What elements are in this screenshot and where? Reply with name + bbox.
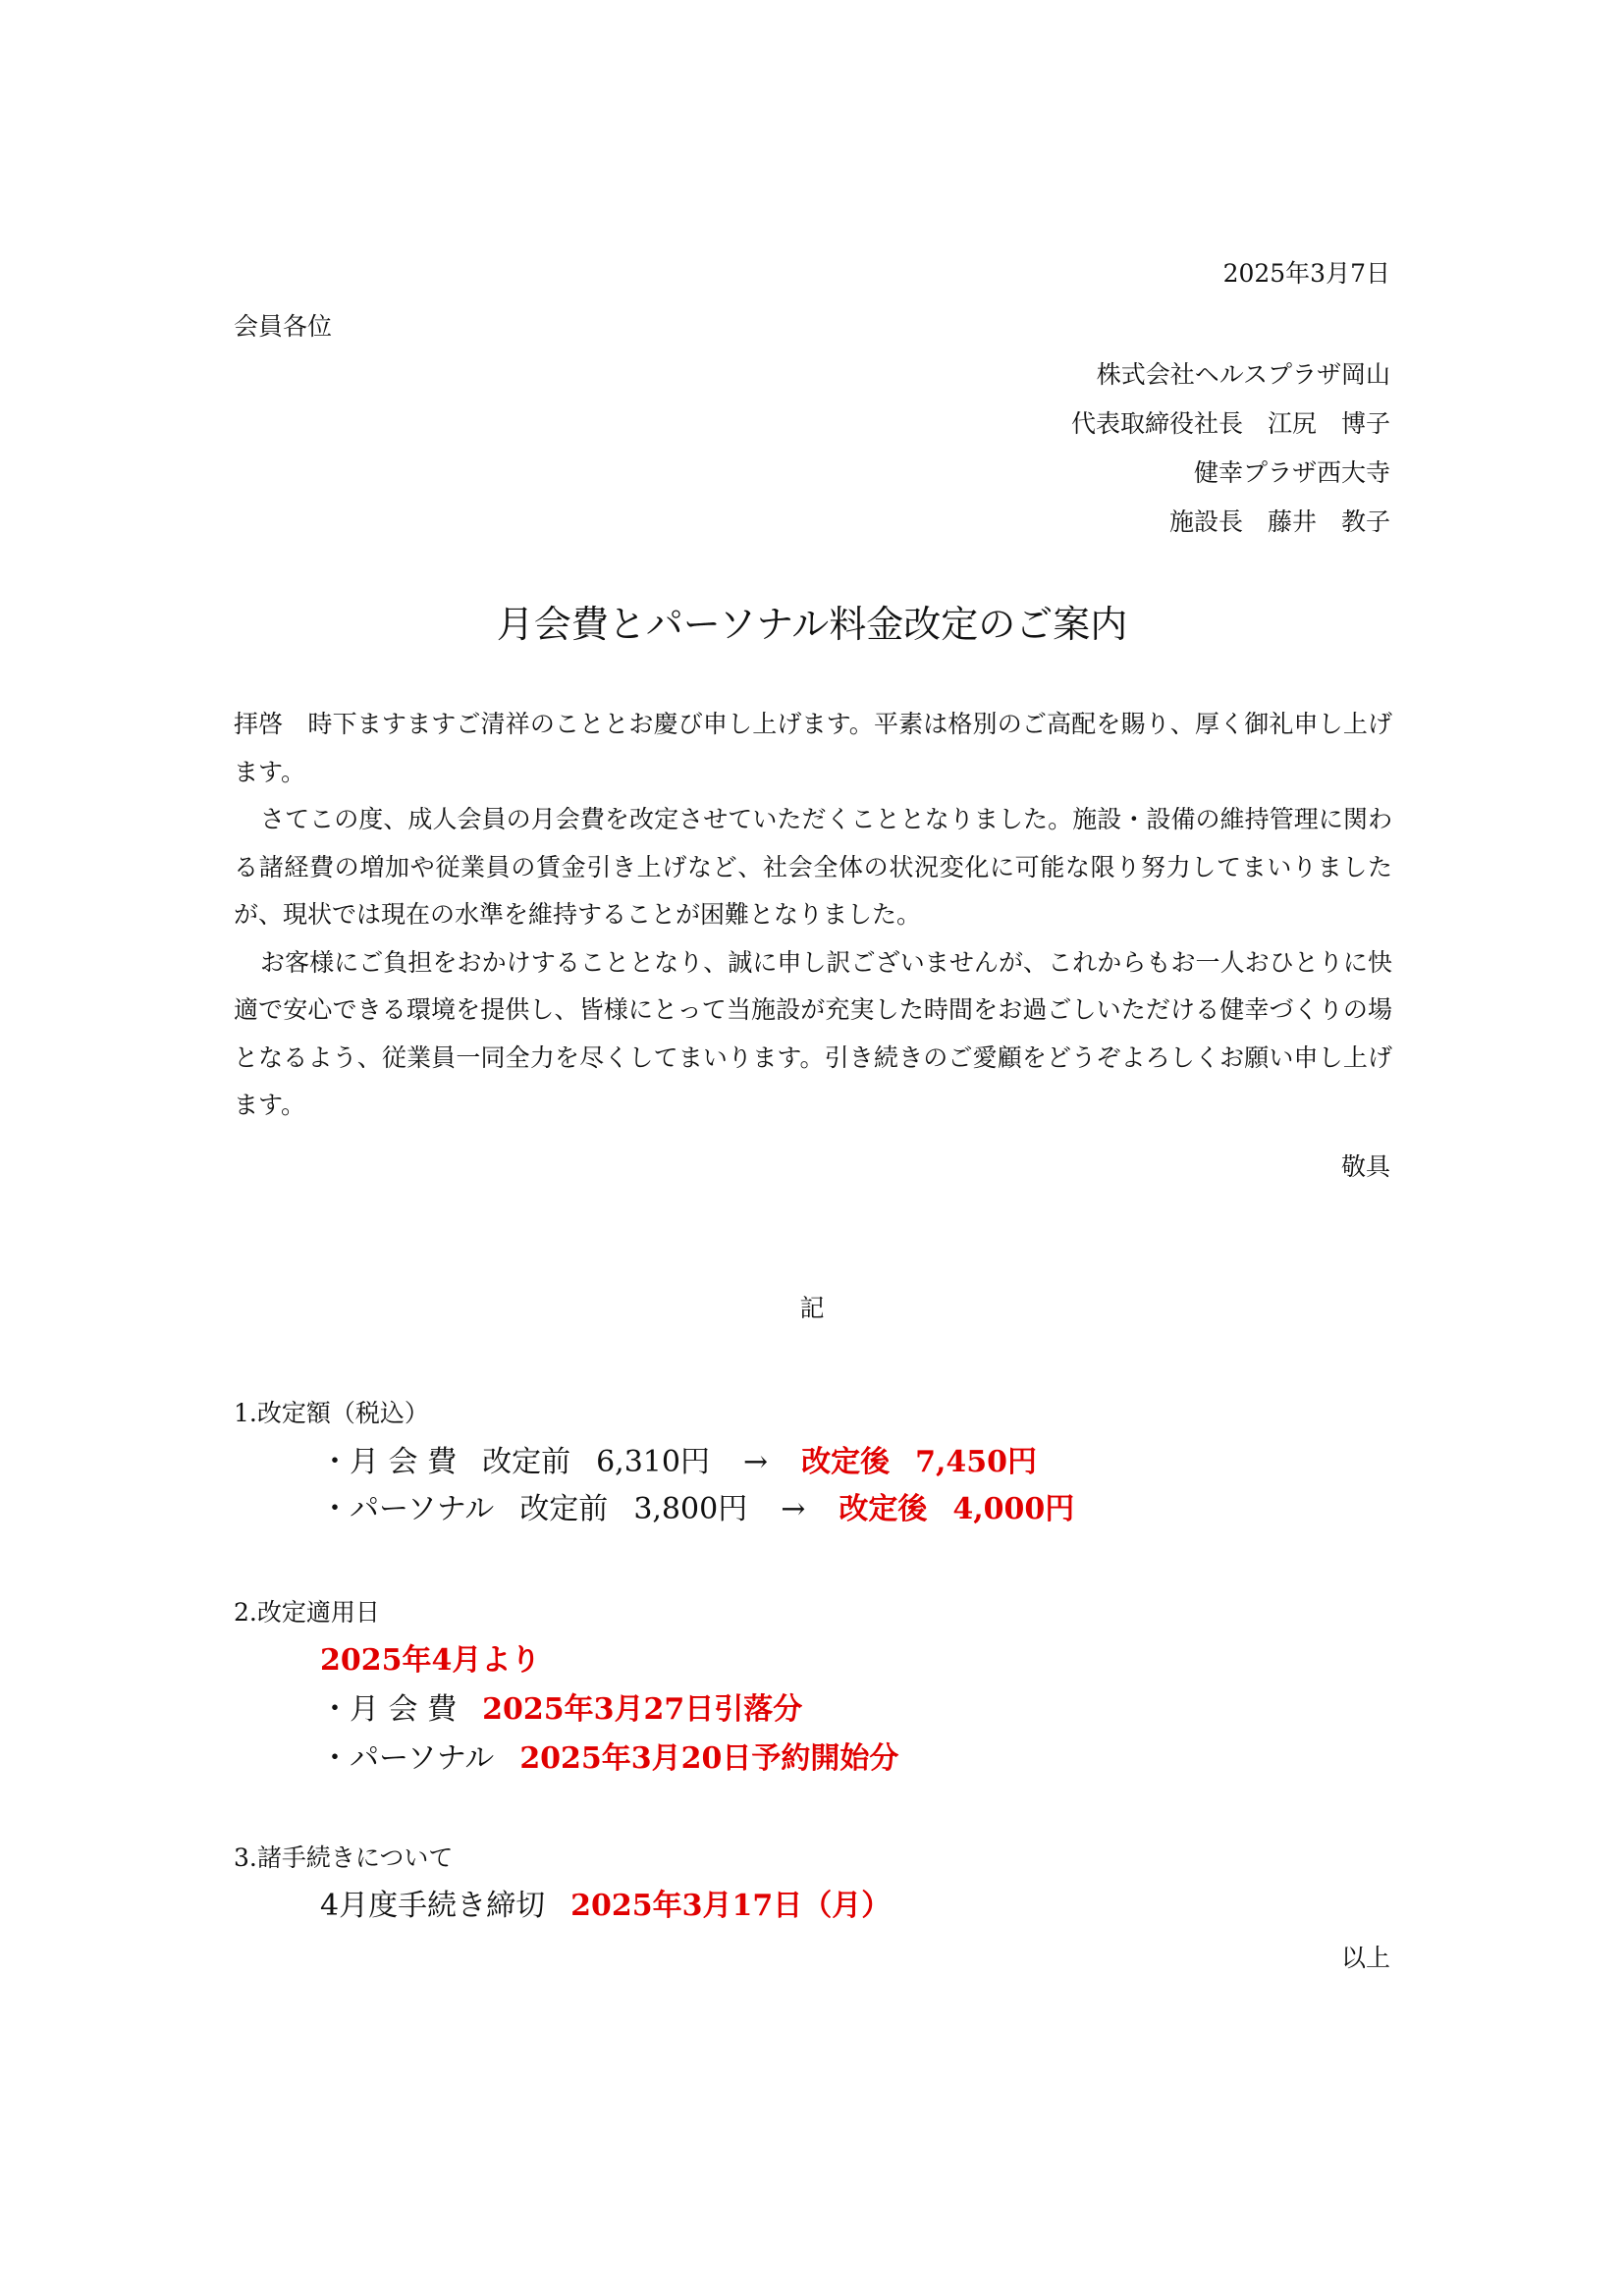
before-label: 改定前 [482, 1445, 570, 1479]
procedure-deadline-row: 4月度手続き締切2025年3月17日（月） [320, 1889, 891, 1924]
section-effective-heading: 2.改定適用日 [234, 1598, 380, 1628]
before-label: 改定前 [519, 1492, 608, 1526]
ki-mark: 記 [0, 1294, 1624, 1323]
effective-row-monthly: ・月 会 費2025年3月27日引落分 [320, 1692, 802, 1728]
sender-facility-manager: 施設長 藤井 教子 [1169, 507, 1390, 537]
arrow-right-icon: → [710, 1445, 801, 1480]
letter-body: 拝啓 時下ますますご清祥のこととお慶び申し上げます。平素は格別のご高配を賜り、厚… [234, 701, 1392, 1130]
after-label: 改定後 [839, 1492, 927, 1526]
effective-row-label: ・月 会 費 [320, 1692, 457, 1727]
body-paragraph-apology: お客様にご負担をおかけすることとなり、誠に申し訳ございませんが、これからもお一人… [234, 939, 1392, 1130]
end-mark-ijou: 以上 [1341, 1944, 1390, 1973]
fee-row-label: ・パーソナル [320, 1492, 494, 1526]
effective-row-label: ・パーソナル [320, 1741, 494, 1776]
page-title: 月会費とパーソナル料金改定のご案内 [0, 602, 1624, 647]
section-fee-heading: 1.改定額（税込） [234, 1399, 429, 1428]
after-amount: 4,000円 [952, 1492, 1074, 1526]
after-amount: 7,450円 [915, 1445, 1037, 1479]
effective-row-personal: ・パーソナル2025年3月20日予約開始分 [320, 1741, 898, 1777]
document-page: 2025年3月7日 会員各位 株式会社ヘルスプラザ岡山 代表取締役社長 江尻 博… [0, 0, 1624, 2296]
effective-row-value: 2025年3月27日引落分 [482, 1692, 802, 1727]
before-amount: 3,800円 [633, 1492, 747, 1526]
sender-president: 代表取締役社長 江尻 博子 [1071, 409, 1390, 439]
effective-row-value: 2025年3月20日予約開始分 [519, 1741, 898, 1776]
procedure-label: 4月度手続き締切 [320, 1889, 545, 1923]
closing-keigu: 敬具 [1341, 1152, 1390, 1182]
body-paragraph-greeting: 拝啓 時下ますますご清祥のこととお慶び申し上げます。平素は格別のご高配を賜り、厚… [234, 701, 1392, 796]
sender-company: 株式会社ヘルスプラザ岡山 [1097, 360, 1390, 390]
before-amount: 6,310円 [596, 1445, 710, 1479]
arrow-right-icon: → [747, 1492, 839, 1527]
after-label: 改定後 [801, 1445, 890, 1479]
section-procedure-heading: 3.諸手続きについて [234, 1843, 453, 1873]
procedure-deadline: 2025年3月17日（月） [570, 1889, 891, 1923]
fee-row-personal: ・パーソナル改定前3,800円→改定後4,000円 [320, 1492, 1074, 1527]
letter-date: 2025年3月7日 [1223, 259, 1390, 289]
body-paragraph-reason: さてこの度、成人会員の月会費を改定させていただくこととなりました。施設・設備の維… [234, 796, 1392, 939]
fee-row-label: ・月 会 費 [320, 1445, 457, 1479]
fee-row-monthly: ・月 会 費改定前6,310円→改定後7,450円 [320, 1445, 1037, 1480]
addressee: 会員各位 [234, 312, 332, 342]
sender-facility: 健幸プラザ西大寺 [1194, 458, 1390, 488]
effective-start: 2025年4月より [320, 1643, 540, 1679]
